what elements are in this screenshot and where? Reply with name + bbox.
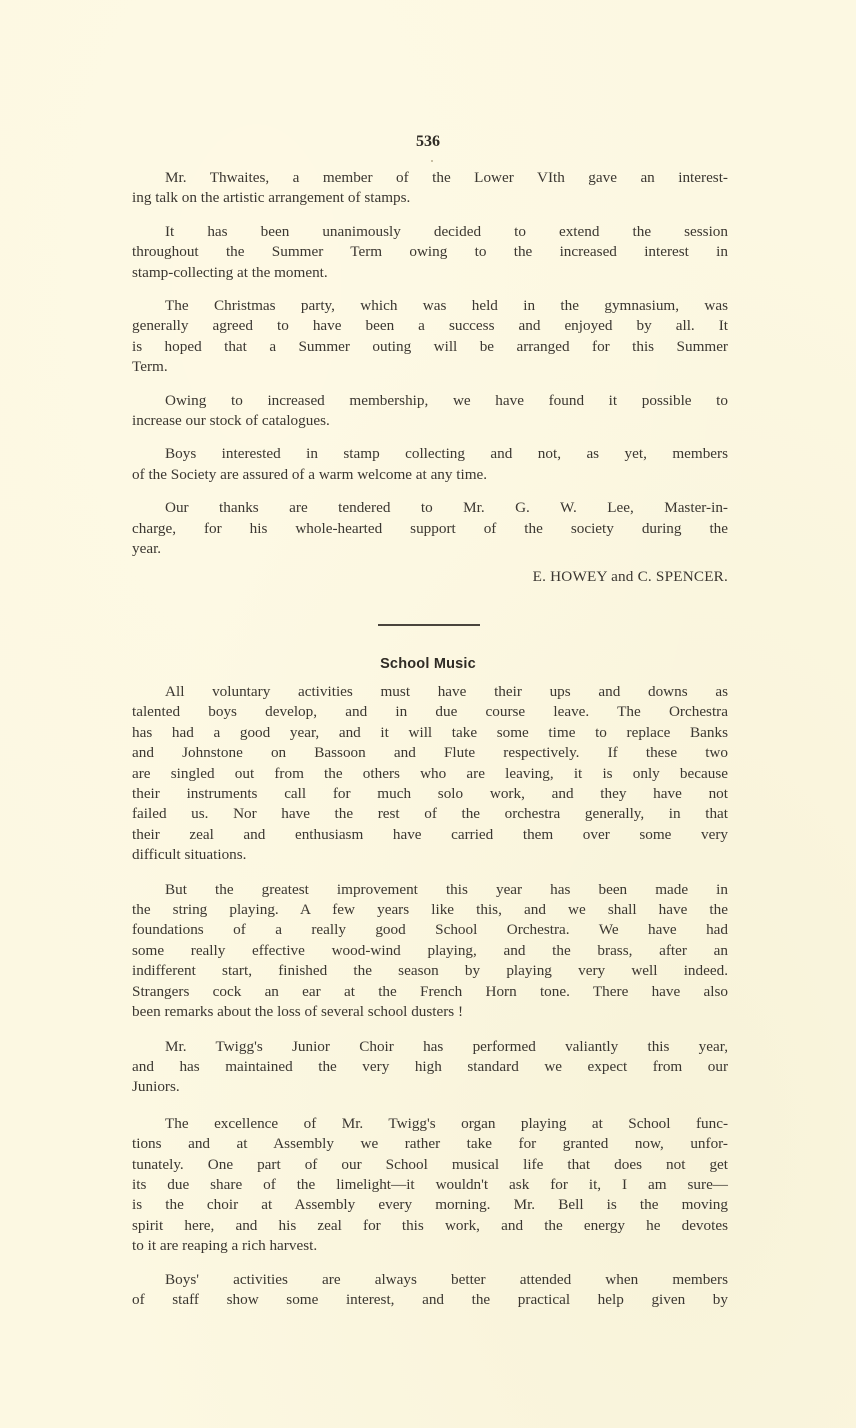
text-line: stamp-collecting at the moment. [132, 263, 728, 283]
school-music-article: All voluntary activities must have their… [132, 682, 728, 1310]
print-speck [431, 160, 433, 162]
text-line: some really effective wood-wind playing,… [132, 941, 728, 961]
text-line: its due share of the limelight—it wouldn… [132, 1175, 728, 1195]
document-page: 536 Mr. Thwaites, a member of the Lower … [0, 0, 856, 1428]
paragraph: Owing to increased membership, we have f… [132, 391, 728, 432]
text-line: talented boys develop, and in due course… [132, 702, 728, 722]
paragraph: All voluntary activities must have their… [132, 682, 728, 866]
paragraph: It has been unanimously decided to exten… [132, 222, 728, 283]
text-line: and Johnstone on Bassoon and Flute respe… [132, 743, 728, 763]
text-line: to it are reaping a rich harvest. [132, 1236, 728, 1256]
text-line: Mr. Thwaites, a member of the Lower VIth… [132, 168, 728, 188]
section-divider [378, 624, 480, 626]
text-line: their zeal and enthusiasm have carried t… [132, 825, 728, 845]
text-line: throughout the Summer Term owing to the … [132, 242, 728, 262]
text-line: the string playing. A few years like thi… [132, 900, 728, 920]
text-line: of staff show some interest, and the pra… [132, 1290, 728, 1310]
text-line: has had a good year, and it will take so… [132, 723, 728, 743]
text-line: Term. [132, 357, 728, 377]
text-line: The excellence of Mr. Twigg's organ play… [132, 1114, 728, 1134]
text-line: increase our stock of catalogues. [132, 411, 728, 431]
text-line: Our thanks are tendered to Mr. G. W. Lee… [132, 498, 728, 518]
stamp-society-report: Mr. Thwaites, a member of the Lower VIth… [132, 168, 728, 560]
text-line: It has been unanimously decided to exten… [132, 222, 728, 242]
paragraph: Boys interested in stamp collecting and … [132, 444, 728, 485]
paragraph: Boys' activities are always better atten… [132, 1270, 728, 1311]
text-line: their instruments call for much solo wor… [132, 784, 728, 804]
text-line: of the Society are assured of a warm wel… [132, 465, 728, 485]
text-line: Mr. Twigg's Junior Choir has performed v… [132, 1037, 728, 1057]
text-line: Boys interested in stamp collecting and … [132, 444, 728, 464]
text-line: spirit here, and his zeal for this work,… [132, 1216, 728, 1236]
paragraph: The Christmas party, which was held in t… [132, 296, 728, 378]
text-line: is hoped that a Summer outing will be ar… [132, 337, 728, 357]
text-line: indifferent start, finished the season b… [132, 961, 728, 981]
report-signature: E. HOWEY and C. SPENCER. [533, 568, 728, 586]
text-line: Strangers cock an ear at the French Horn… [132, 982, 728, 1002]
paragraph: Mr. Twigg's Junior Choir has performed v… [132, 1037, 728, 1098]
text-line: But the greatest improvement this year h… [132, 880, 728, 900]
text-line: charge, for his whole-hearted support of… [132, 519, 728, 539]
text-line: are singled out from the others who are … [132, 764, 728, 784]
text-line: All voluntary activities must have their… [132, 682, 728, 702]
text-line: generally agreed to have been a success … [132, 316, 728, 336]
paragraph: Mr. Thwaites, a member of the Lower VIth… [132, 168, 728, 209]
page-number: 536 [0, 133, 856, 151]
text-line: Boys' activities are always better atten… [132, 1270, 728, 1290]
paragraph: The excellence of Mr. Twigg's organ play… [132, 1114, 728, 1257]
text-line: The Christmas party, which was held in t… [132, 296, 728, 316]
section-title-school-music: School Music [0, 656, 856, 672]
text-line: Juniors. [132, 1077, 728, 1097]
paragraph: Our thanks are tendered to Mr. G. W. Lee… [132, 498, 728, 559]
text-line: tunately. One part of our School musical… [132, 1155, 728, 1175]
text-line: been remarks about the loss of several s… [132, 1002, 728, 1022]
text-line: Owing to increased membership, we have f… [132, 391, 728, 411]
text-line: failed us. Nor have the rest of the orch… [132, 804, 728, 824]
text-line: tions and at Assembly we rather take for… [132, 1134, 728, 1154]
text-line: and has maintained the very high standar… [132, 1057, 728, 1077]
text-line: difficult situations. [132, 845, 728, 865]
text-line: foundations of a really good School Orch… [132, 920, 728, 940]
paragraph: But the greatest improvement this year h… [132, 880, 728, 1023]
text-line: ing talk on the artistic arrangement of … [132, 188, 728, 208]
text-line: is the choir at Assembly every morning. … [132, 1195, 728, 1215]
text-line: year. [132, 539, 728, 559]
